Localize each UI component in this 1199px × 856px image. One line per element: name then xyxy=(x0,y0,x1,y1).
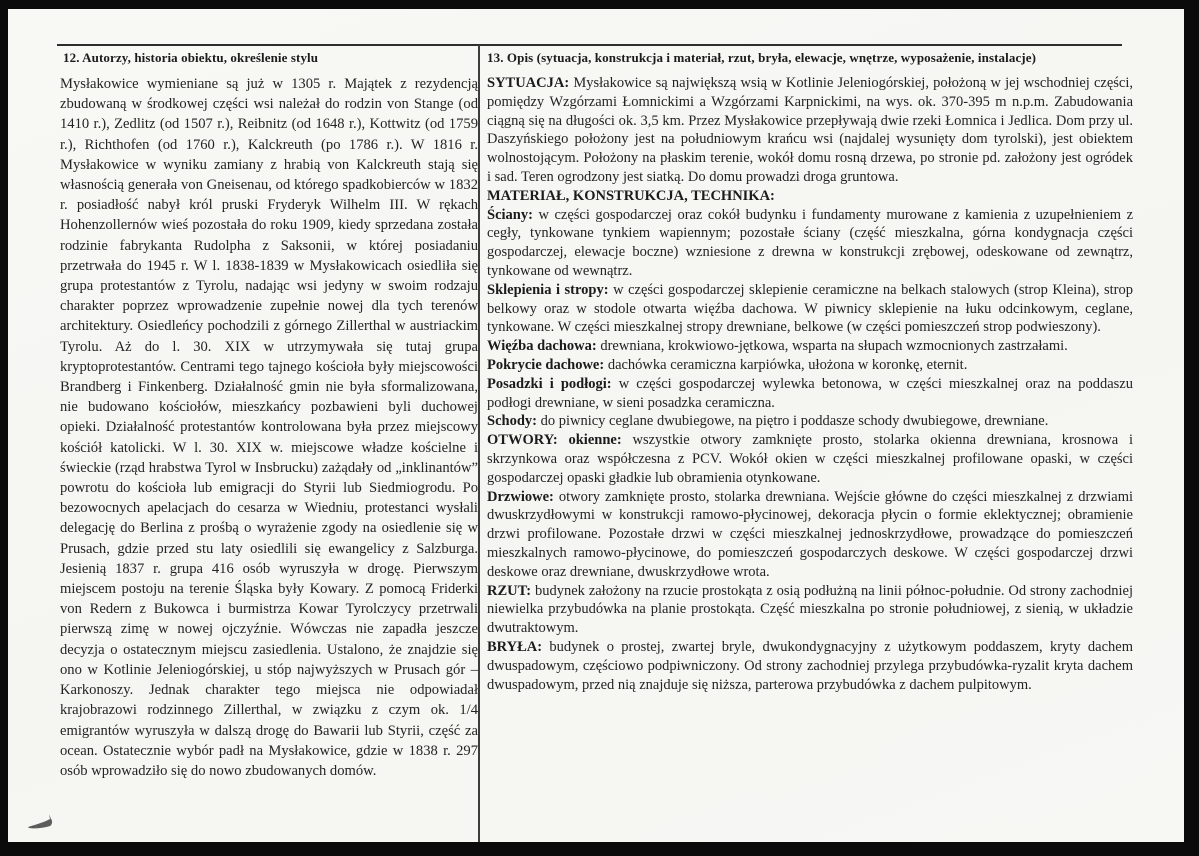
paragraph-text: otwory zamknięte prosto, stolarka drewni… xyxy=(487,489,1133,580)
paragraph-text: drewniana, krokwiowo-jętkowa, wsparta na… xyxy=(600,338,1067,354)
paragraph-label: RZUT: xyxy=(487,583,531,599)
description-paragraph-window-openings: OTWORY: okienne: wszystkie otwory zamkni… xyxy=(487,431,1133,487)
description-paragraph-stairs: Schody: do piwnicy ceglane dwubiegowe, n… xyxy=(487,412,1133,431)
description-paragraph-material-heading: MATERIAŁ, KONSTRUKCJA, TECHNIKA: xyxy=(487,187,1133,206)
paragraph-text: budynek o prostej, zwartej bryle, dwukon… xyxy=(487,639,1133,693)
paragraph-text: Mysłakowice są największą wsią w Kotlini… xyxy=(487,75,1133,185)
paragraph-text: dachówka ceramiczna karpiówka, ułożona w… xyxy=(608,357,968,373)
description-paragraph-roof-truss: Więźba dachowa: drewniana, krokwiowo-jęt… xyxy=(487,337,1133,356)
section-header-authors-history: 12. Autorzy, historia obiektu, określeni… xyxy=(63,50,318,66)
description-column: SYTUACJA: Mysłakowice są największą wsią… xyxy=(487,74,1133,694)
paragraph-text: w części gospodarczej oraz cokół budynku… xyxy=(487,207,1133,279)
paragraph-label: Posadzki i podłogi: xyxy=(487,376,612,392)
paragraph-label: OTWORY: okienne: xyxy=(487,432,622,448)
description-paragraph-roofing: Pokrycie dachowe: dachówka ceramiczna ka… xyxy=(487,356,1133,375)
history-text: Mysłakowice wymieniane są już w 1305 r. … xyxy=(60,74,478,781)
description-paragraph-situation: SYTUACJA: Mysłakowice są największą wsią… xyxy=(487,74,1133,187)
paragraph-label: MATERIAŁ, KONSTRUKCJA, TECHNIKA: xyxy=(487,188,775,204)
paragraph-text: budynek założony na rzucie prostokąta z … xyxy=(487,583,1133,637)
paragraph-label: Sklepienia i stropy: xyxy=(487,282,609,298)
description-paragraph-door-openings: Drzwiowe: otwory zamknięte prosto, stola… xyxy=(487,488,1133,582)
paragraph-label: SYTUACJA: xyxy=(487,75,569,91)
description-paragraph-plan: RZUT: budynek założony na rzucie prostok… xyxy=(487,582,1133,638)
paragraph-label: Schody: xyxy=(487,413,537,429)
description-paragraph-vaults-ceilings: Sklepienia i stropy: w części gospodarcz… xyxy=(487,281,1133,337)
description-paragraph-floors: Posadzki i podłogi: w części gospodarcze… xyxy=(487,375,1133,413)
paragraph-label: Pokrycie dachowe: xyxy=(487,357,604,373)
column-divider xyxy=(478,45,480,842)
description-paragraph-massing: BRYŁA: budynek o prostej, zwartej bryle,… xyxy=(487,638,1133,694)
description-paragraph-walls: Ściany: w części gospodarczej oraz cokół… xyxy=(487,206,1133,281)
paragraph-label: BRYŁA: xyxy=(487,639,542,655)
header-rule xyxy=(57,44,1122,46)
paragraph-label: Więźba dachowa: xyxy=(487,338,597,354)
paragraph-text: do piwnicy ceglane dwubiegowe, na piętro… xyxy=(541,413,1049,429)
ink-smudge xyxy=(26,809,62,835)
paragraph-label: Ściany: xyxy=(487,207,533,223)
section-header-description: 13. Opis (sytuacja, konstrukcja i materi… xyxy=(487,50,1036,66)
paragraph-label: Drzwiowe: xyxy=(487,489,554,505)
document-page: 12. Autorzy, historia obiektu, określeni… xyxy=(8,9,1184,842)
history-column: Mysłakowice wymieniane są już w 1305 r. … xyxy=(60,74,478,781)
